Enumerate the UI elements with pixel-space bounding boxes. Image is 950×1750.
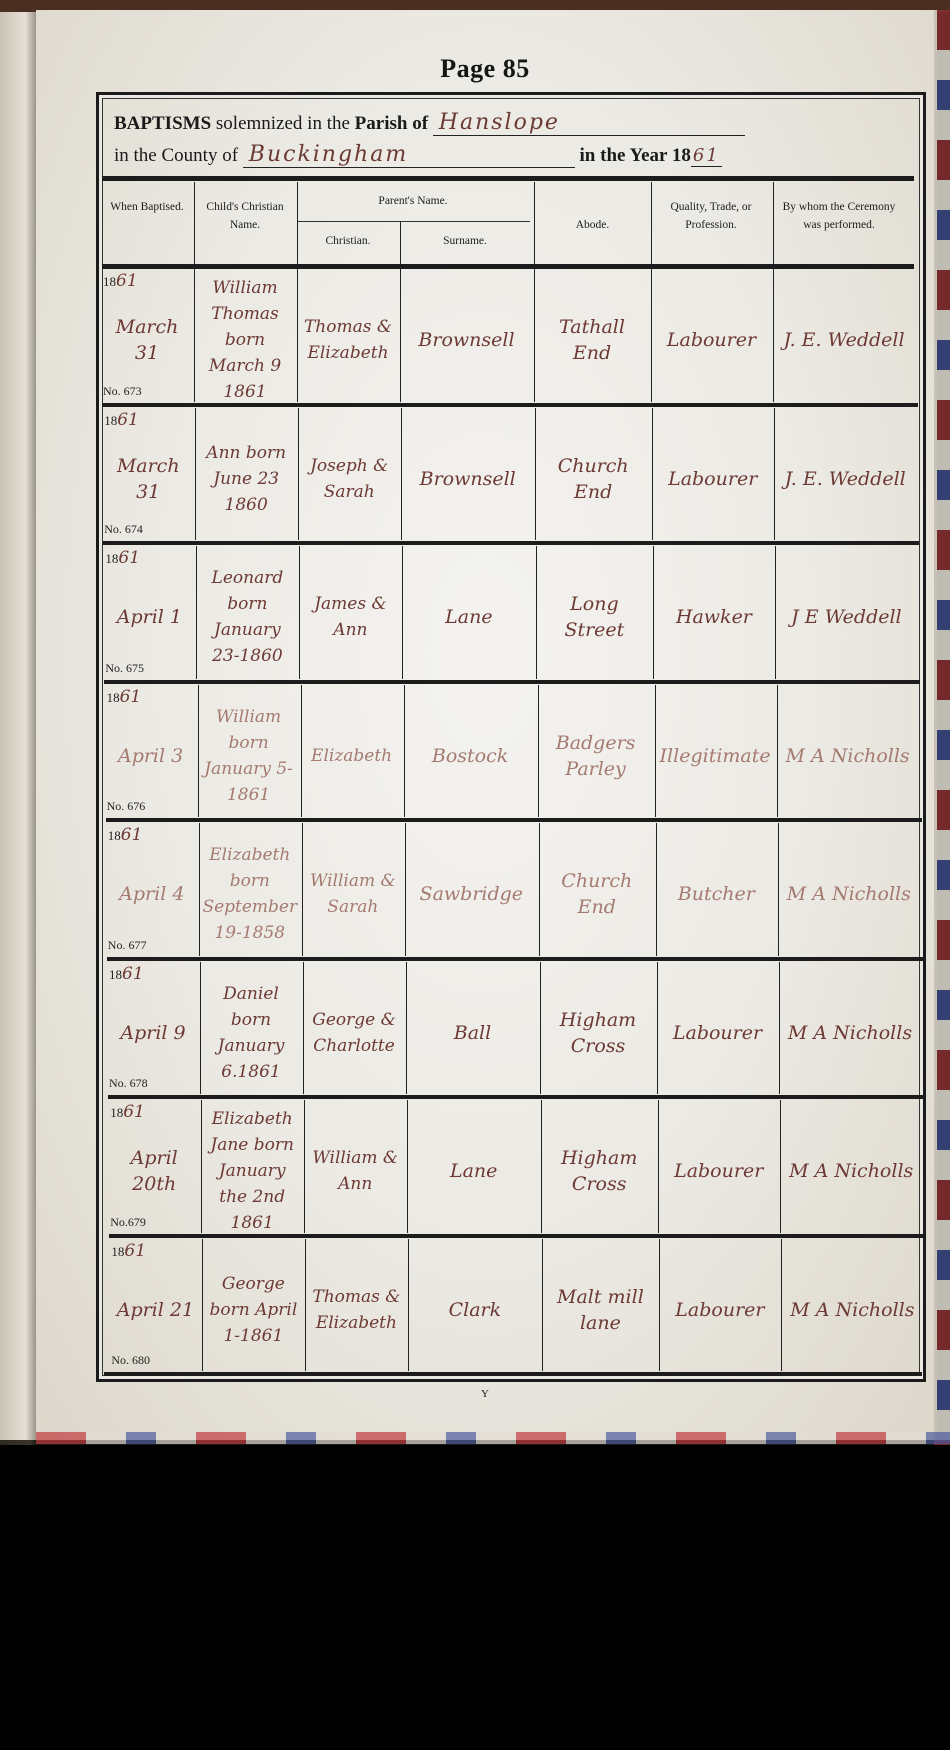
year-handwritten: 61	[123, 1102, 145, 1122]
year-printed: 18	[109, 967, 122, 982]
baptism-date: April 1	[106, 568, 192, 667]
year-handwritten: 61	[120, 687, 142, 707]
abode: Church End	[538, 430, 648, 529]
column-divider	[657, 962, 658, 1095]
column-divider	[404, 685, 405, 818]
year-printed: 18	[104, 413, 117, 428]
parents-surname: Lane	[410, 1122, 537, 1221]
year-printed: 18	[111, 1244, 124, 1259]
year-prefix: 1861	[111, 1241, 146, 1261]
column-divider	[302, 823, 303, 956]
year-prefix: 1861	[110, 1102, 145, 1122]
parents-christian-names: George & Charlotte	[306, 984, 402, 1083]
year-printed: 18	[110, 1105, 123, 1120]
parents-christian-names: Elizabeth	[304, 707, 400, 806]
column-divider	[401, 408, 402, 541]
heading-line-2: in the County of Buckingham in the Year …	[114, 142, 722, 168]
col-parents-name: Parent's Name.	[297, 192, 529, 210]
year-printed: 18	[108, 828, 121, 843]
header-divider	[297, 182, 298, 266]
entry-number: No. 674	[104, 522, 143, 537]
col-child-name: Child's Christian Name.	[195, 198, 295, 234]
heading-parish-label: Parish of	[355, 113, 428, 134]
col-quality: Quality, Trade, or Profession.	[652, 198, 770, 234]
column-divider	[305, 1239, 306, 1372]
column-divider	[651, 269, 652, 402]
entry-separator	[102, 403, 918, 407]
column-divider	[405, 823, 406, 956]
parents-surname: Brownsell	[403, 291, 530, 390]
column-divider	[542, 1239, 543, 1372]
parents-christian-names: Thomas & Elizabeth	[300, 291, 396, 390]
entry-separator	[108, 1095, 924, 1099]
year-handwritten: 61	[122, 964, 144, 984]
header-divider	[534, 182, 535, 266]
county-value: Buckingham	[243, 142, 575, 168]
col-parents-surname: Surname.	[400, 232, 530, 250]
column-divider	[656, 823, 657, 956]
officiant: M A Nicholls	[784, 1261, 920, 1360]
column-divider	[534, 269, 535, 402]
quality-trade: Labourer	[654, 291, 769, 390]
entry-number: No. 676	[107, 799, 146, 814]
quality-trade: Butcher	[659, 845, 774, 944]
parents-surname: Clark	[411, 1261, 538, 1360]
year-printed: 18	[105, 551, 118, 566]
column-divider	[780, 1100, 781, 1233]
column-divider	[408, 1239, 409, 1372]
abode: Long Street	[539, 568, 649, 667]
column-divider	[301, 685, 302, 818]
entry-separator	[104, 680, 920, 684]
parents-surname: Ball	[409, 984, 536, 1083]
parents-surname: Lane	[405, 568, 532, 667]
child-name: William born January 5-1861	[201, 707, 297, 806]
officiant: J E Weddell	[778, 568, 914, 667]
column-divider	[199, 823, 200, 956]
column-divider	[202, 1239, 203, 1372]
baptism-date: April 3	[108, 707, 194, 806]
officiant: M A Nicholls	[783, 1122, 919, 1221]
column-divider	[541, 1100, 542, 1233]
parents-subrule	[298, 221, 530, 222]
officiant: M A Nicholls	[782, 984, 918, 1083]
page-bottom-edge	[36, 1432, 950, 1444]
quality-trade: Labourer	[655, 430, 770, 529]
column-divider	[297, 269, 298, 402]
column-divider	[658, 1100, 659, 1233]
quality-trade: Hawker	[656, 568, 771, 667]
column-divider	[540, 962, 541, 1095]
column-divider	[407, 1100, 408, 1233]
entry-separator	[103, 541, 919, 545]
year-handwritten: 61	[124, 1241, 146, 1261]
facing-page-edge	[0, 12, 36, 1440]
header-divider	[651, 182, 652, 266]
abode: Church End	[542, 845, 652, 944]
quality-trade: Labourer	[661, 1122, 776, 1221]
col-abode: Abode.	[535, 216, 650, 234]
parents-christian-names: William & Ann	[307, 1122, 403, 1221]
column-divider	[778, 823, 779, 956]
column-divider	[195, 408, 196, 541]
column-divider	[198, 685, 199, 818]
heading-county-label: in the County of	[114, 145, 238, 166]
signature-mark: Y	[36, 1388, 934, 1400]
abode: Tathall End	[537, 291, 647, 390]
entry-separator	[107, 957, 923, 961]
baptism-date: April 9	[110, 984, 196, 1083]
col-parents-christian: Christian.	[297, 232, 399, 250]
parents-christian-names: Joseph & Sarah	[301, 430, 397, 529]
entry-number: No.679	[110, 1215, 146, 1230]
entry-number: No. 673	[103, 384, 142, 399]
header-rule	[102, 264, 914, 269]
column-divider	[653, 546, 654, 679]
register-heading: BAPTISMS solemnized in the Parish of Han…	[100, 98, 920, 184]
column-divider	[777, 685, 778, 818]
entry-number: No. 675	[105, 661, 144, 676]
parents-surname: Brownsell	[404, 430, 531, 529]
header-divider	[400, 222, 401, 266]
heading-solemnized: solemnized in the	[216, 113, 350, 134]
officiant: M A Nicholls	[781, 845, 917, 944]
baptism-date: April 21	[112, 1261, 198, 1360]
year-prefix: 1861	[104, 410, 139, 430]
child-name: George born April 1-1861	[205, 1261, 301, 1360]
entry-separator	[109, 1234, 925, 1238]
column-divider	[194, 269, 195, 402]
column-divider	[652, 408, 653, 541]
quality-trade: Labourer	[660, 984, 775, 1083]
quality-trade: Illegitimate	[658, 707, 773, 806]
year-handwritten: 61	[121, 825, 143, 845]
officiant: J. E. Weddell	[776, 291, 912, 390]
year-prefix: 1861	[105, 548, 140, 568]
entry-separator	[106, 818, 922, 822]
column-divider	[400, 269, 401, 402]
column-divider	[402, 546, 403, 679]
column-divider	[538, 685, 539, 818]
column-divider	[536, 546, 537, 679]
child-name: Elizabeth Jane born January the 2nd 1861	[204, 1122, 300, 1221]
parents-christian-names: William & Sarah	[305, 845, 401, 944]
baptism-date: April 4	[109, 845, 195, 944]
column-divider	[298, 408, 299, 541]
column-divider	[201, 1100, 202, 1233]
year-prefix: 1861	[108, 825, 143, 845]
abode: Higham Cross	[543, 984, 653, 1083]
col-officiant: By whom the Ceremony was performed.	[774, 198, 904, 234]
abode: Malt mill lane	[545, 1261, 655, 1360]
header-divider	[773, 182, 774, 266]
title-rule	[102, 176, 914, 181]
heading-baptisms: BAPTISMS	[114, 113, 211, 134]
parents-christian-names: James & Ann	[302, 568, 398, 667]
column-divider	[775, 546, 776, 679]
officiant: M A Nicholls	[780, 707, 916, 806]
child-name: Elizabeth born September 19-1858	[202, 845, 298, 944]
col-when-baptised: When Baptised.	[102, 198, 192, 216]
child-name: William Thomas born March 9 1861	[197, 291, 293, 390]
column-divider	[655, 685, 656, 818]
officiant: J. E. Weddell	[777, 430, 913, 529]
entry-number: No. 680	[111, 1353, 150, 1368]
column-divider	[539, 823, 540, 956]
baptism-date: March 31	[104, 291, 190, 390]
heading-line-1: BAPTISMS solemnized in the Parish of Han…	[114, 110, 745, 136]
abode: Badgers Parley	[541, 707, 651, 806]
year-printed: 18	[103, 274, 116, 289]
column-divider	[779, 962, 780, 1095]
column-divider	[299, 546, 300, 679]
parents-surname: Sawbridge	[408, 845, 535, 944]
bottom-rule	[104, 1372, 922, 1376]
column-divider	[774, 408, 775, 541]
column-divider	[535, 408, 536, 541]
year-handwritten: 61	[116, 271, 138, 291]
heading-year-label: in the Year 18	[580, 145, 691, 166]
baptism-date: March 31	[105, 430, 191, 529]
page-title: Page 85	[36, 54, 934, 84]
year-prefix: 1861	[103, 271, 138, 291]
column-divider	[659, 1239, 660, 1372]
header-divider	[194, 182, 195, 266]
abode: Higham Cross	[544, 1122, 654, 1221]
quality-trade: Labourer	[662, 1261, 777, 1360]
column-divider	[304, 1100, 305, 1233]
child-name: Leonard born January 23-1860	[199, 568, 295, 667]
parish-value: Hanslope	[433, 110, 745, 136]
column-divider	[773, 269, 774, 402]
column-divider	[781, 1239, 782, 1372]
year-prefix: 1861	[109, 964, 144, 984]
baptism-date: April 20th	[111, 1122, 197, 1221]
entry-number: No. 677	[108, 938, 147, 953]
year-prefix: 1861	[107, 687, 142, 707]
parents-surname: Bostock	[407, 707, 534, 806]
year-printed: 18	[107, 690, 120, 705]
entry-number: No. 678	[109, 1076, 148, 1091]
column-divider	[406, 962, 407, 1095]
column-divider	[303, 962, 304, 1095]
year-handwritten: 61	[118, 548, 140, 568]
child-name: Ann born June 23 1860	[198, 430, 294, 529]
year-handwritten: 61	[117, 410, 139, 430]
year-value: 61	[691, 145, 722, 167]
column-divider	[196, 546, 197, 679]
child-name: Daniel born January 6.1861	[203, 984, 299, 1083]
parents-christian-names: Thomas & Elizabeth	[308, 1261, 404, 1360]
column-divider	[200, 962, 201, 1095]
